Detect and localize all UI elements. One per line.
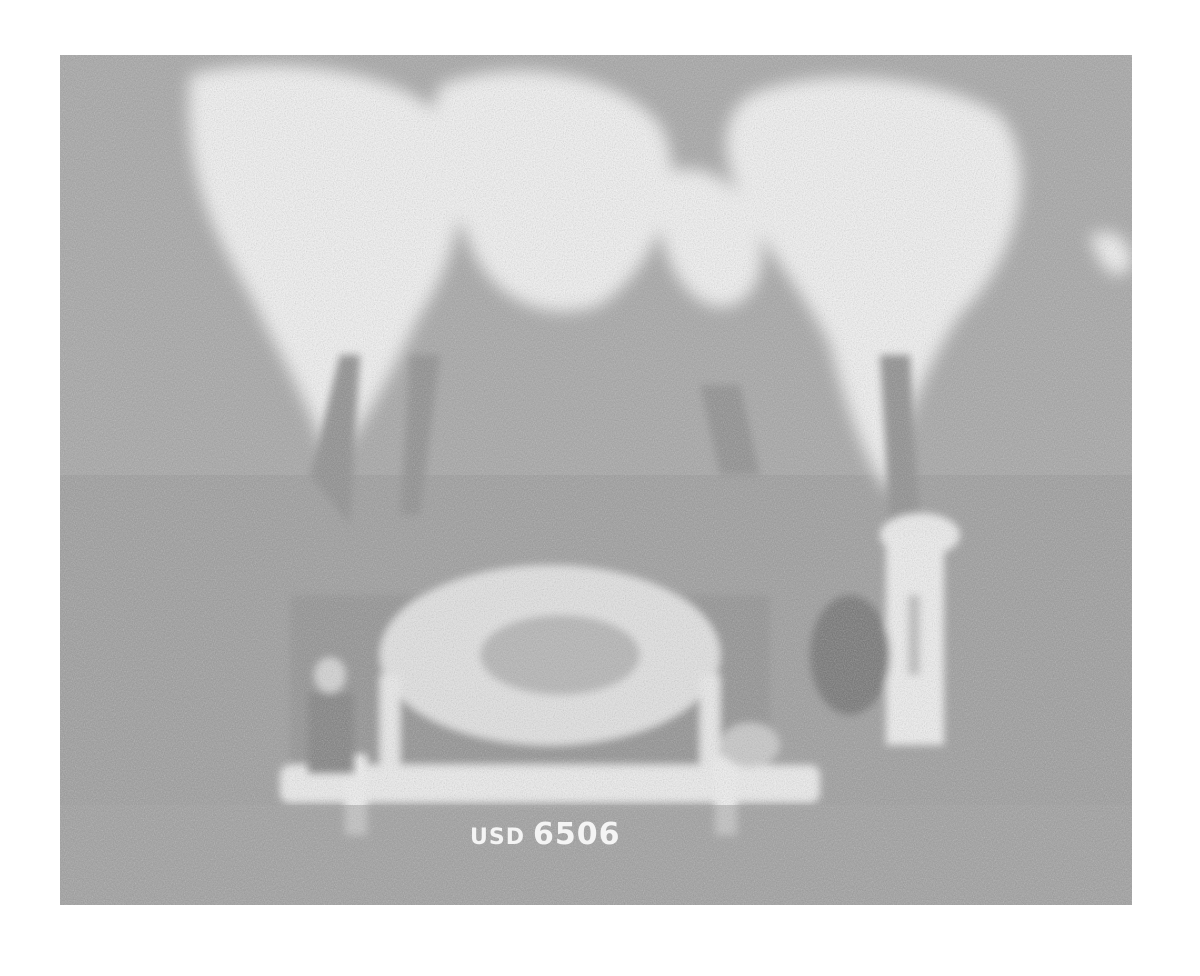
photo-scene [60,55,1132,905]
license-plate-prefix: USD [470,825,525,850]
license-plate: USD 6506 [470,817,650,857]
halftone-photo: USD 6506 [60,55,1132,905]
license-plate-number: 6506 [533,817,621,852]
